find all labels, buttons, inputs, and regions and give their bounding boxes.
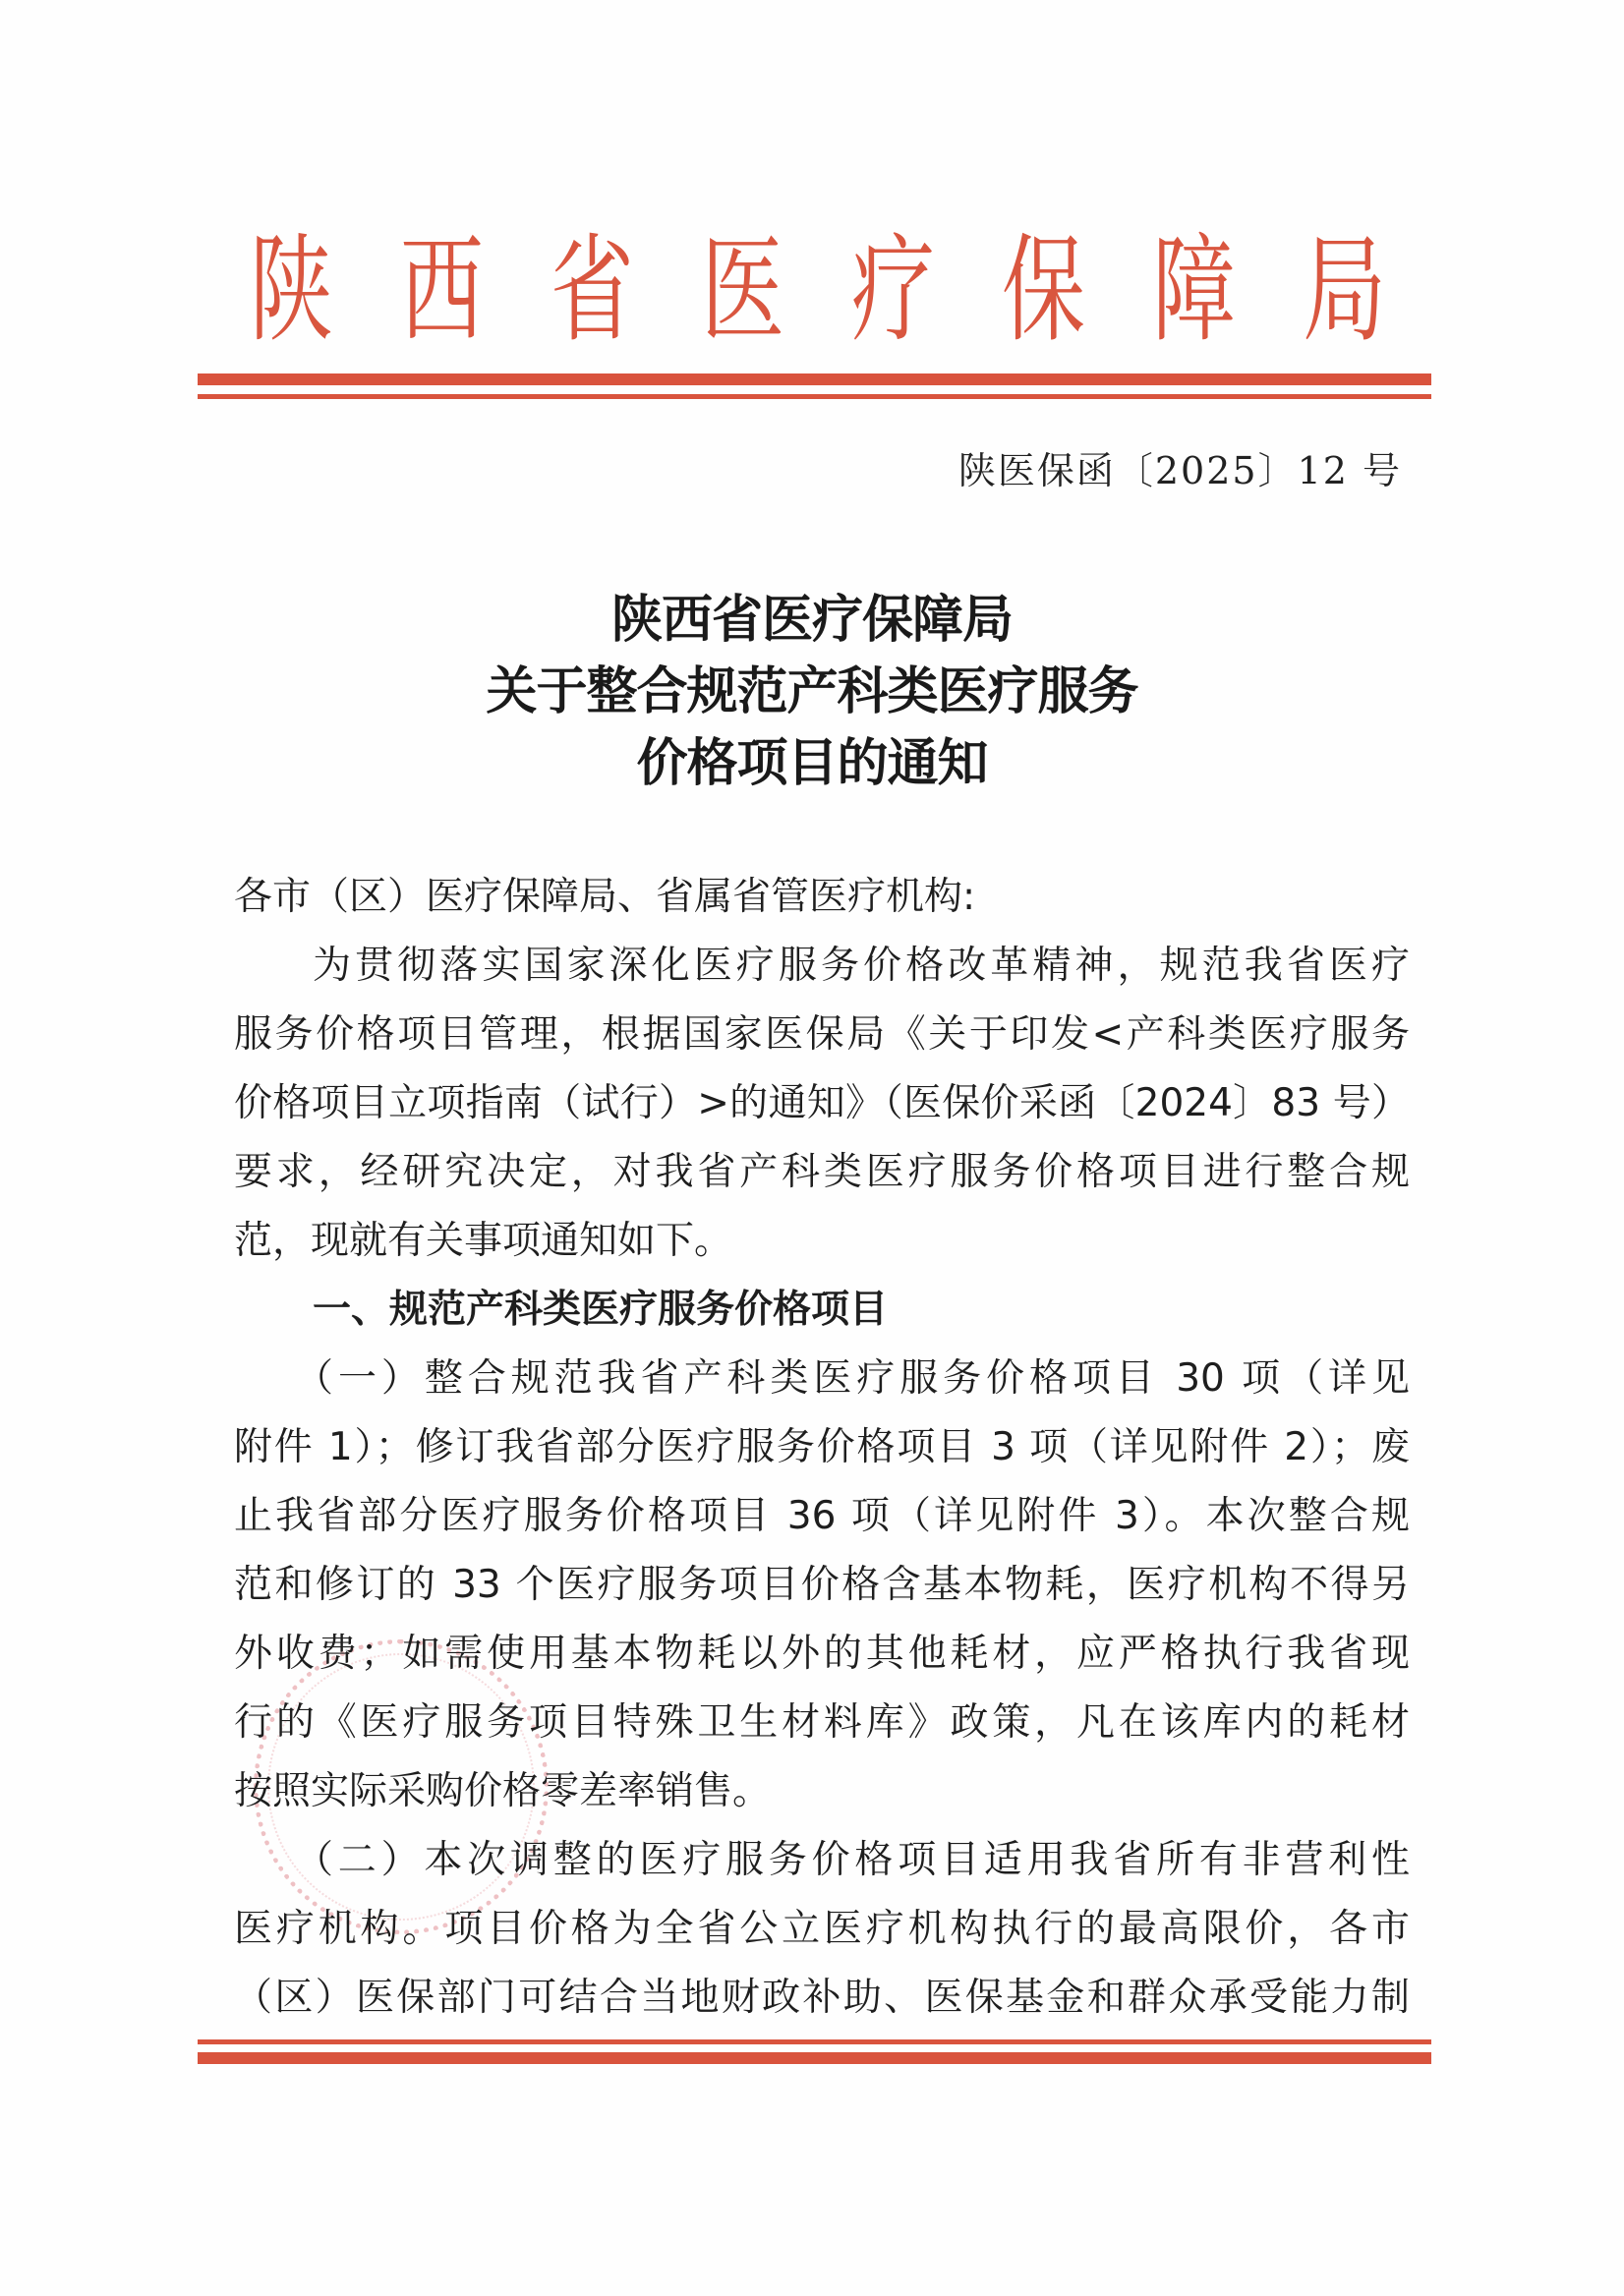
item-1-line: 范和修订的 33 个医疗服务项目价格含基本物耗，医疗机构不得另 — [234, 1561, 1410, 1610]
title-line-3: 价格项目的通知 — [0, 721, 1624, 795]
letterhead-rule-thick — [198, 373, 1431, 385]
item-2-line: （二）本次调整的医疗服务价格项目适用我省所有非营利性 — [295, 1836, 1410, 1885]
letterhead-char: 疗 — [818, 226, 968, 354]
body-line: 要求，经研究决定，对我省产科类医疗服务价格项目进行整合规 — [234, 1148, 1410, 1197]
footer-rule-thick — [198, 2052, 1431, 2064]
item-2-line: 医疗机构。项目价格为全省公立医疗机构执行的最高限价，各市 — [234, 1905, 1410, 1954]
letterhead-char: 局 — [1269, 226, 1420, 354]
salutation: 各市（区）医疗保障局、省属省管医疗机构: — [234, 873, 1410, 922]
document-number: 陕医保函〔2025〕12 号 — [958, 440, 1402, 494]
body-line: 范，现就有关事项通知如下。 — [234, 1217, 1410, 1266]
letterhead-char: 医 — [667, 226, 818, 354]
letterhead-org-name: 陕 西 省 医 疗 保 障 局 — [216, 226, 1420, 354]
item-1-line: 行的《医疗服务项目特殊卫生材料库》政策，凡在该库内的耗材 — [234, 1698, 1410, 1748]
letterhead-char: 西 — [367, 226, 517, 354]
item-1-line: 附件 1）；修订我省部分医疗服务价格项目 3 项（详见附件 2）；废 — [234, 1423, 1410, 1472]
section-heading-1: 一、规范产科类医疗服务价格项目 — [313, 1286, 1410, 1335]
footer-rule-thin — [198, 2039, 1431, 2044]
document-page: 陕 西 省 医 疗 保 障 局 陕医保函〔2025〕12 号 陕西省医疗保障局 … — [0, 0, 1624, 2296]
item-1-line: （一）整合规范我省产科类医疗服务价格项目 30 项（详见 — [295, 1354, 1410, 1404]
letterhead-char: 障 — [1119, 226, 1269, 354]
letterhead-char: 陕 — [216, 226, 367, 354]
body-line: 价格项目立项指南（试行）>的通知》（医保价采函〔2024〕83 号） — [234, 1079, 1410, 1128]
body-line: 为贯彻落实国家深化医疗服务价格改革精神，规范我省医疗 — [313, 942, 1410, 991]
title-line-1: 陕西省医疗保障局 — [0, 578, 1624, 652]
item-1-line: 止我省部分医疗服务价格项目 36 项（详见附件 3）。本次整合规 — [234, 1492, 1410, 1541]
item-2-line: （区）医保部门可结合当地财政补助、医保基金和群众承受能力制 — [234, 1974, 1410, 2023]
body-line: 服务价格项目管理，根据国家医保局《关于印发<产科类医疗服务 — [234, 1010, 1410, 1060]
item-1-line: 外收费；如需使用基本物耗以外的其他耗材，应严格执行我省现 — [234, 1630, 1410, 1679]
letterhead-rule-thin — [198, 394, 1431, 399]
letterhead-char: 保 — [968, 226, 1119, 354]
item-1-line: 按照实际采购价格零差率销售。 — [234, 1767, 1410, 1816]
title-line-2: 关于整合规范产科类医疗服务 — [0, 650, 1624, 723]
letterhead-char: 省 — [517, 226, 667, 354]
